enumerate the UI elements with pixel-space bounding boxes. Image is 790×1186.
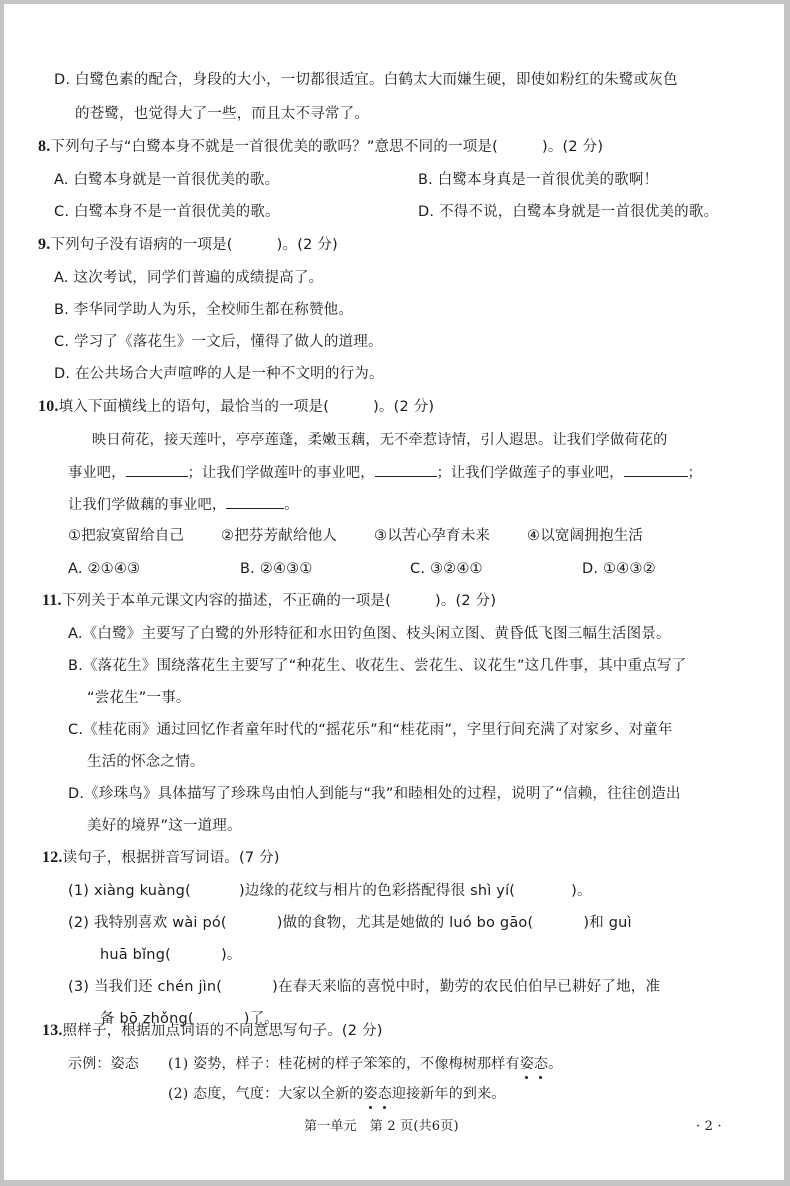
q10-fill-blank-4[interactable] — [226, 494, 284, 509]
q11-option-b-line1: B.《落花生》围绕落花生主要写了“种花生、收花生、尝花生、议花生”这几件事，其中… — [68, 656, 686, 676]
q10-number: 10. — [38, 398, 59, 415]
q12-number: 12. — [42, 849, 63, 866]
q10-phrase-4: ④以宽阔拥抱生活 — [527, 526, 643, 546]
q10-passage-line2: 事业吧，；让我们学做莲叶的事业吧，；让我们学做莲子的事业吧，； — [68, 462, 702, 483]
q10-option-b: B. ②④③① — [240, 559, 313, 579]
q10-option-d: D. ①④③② — [582, 559, 656, 579]
q11-option-c-line1: C.《桂花雨》通过回忆作者童年时代的“摇花乐”和“桂花雨”，字里行间充满了对家乡… — [68, 720, 673, 740]
q12-item-3-line1: (3) 当我们还 chén jìn()在春天来临的喜悦中时，勤劳的农民伯伯早已耕… — [68, 977, 660, 997]
emphasis-dot-char: 姿 — [363, 1084, 377, 1104]
q8-number: 8. — [38, 138, 50, 155]
q11-option-a: A.《白鹭》主要写了白鹭的外形特征和水田钓鱼图、枝头闲立图、黄昏低飞图三幅生活图… — [68, 624, 671, 644]
q7-option-d-line2: 的苍鹭，也觉得大了一些，而且太不寻常了。 — [75, 104, 369, 124]
q9-option-c: C. 学习了《落花生》一文后，懂得了做人的道理。 — [54, 332, 383, 352]
worksheet-page: D. 白鹭色素的配合，身段的大小，一切都很适宜。白鹤太大而嫌生硬，即使如粉红的朱… — [4, 4, 784, 1180]
q10-passage-line1: 映日荷花，接天莲叶，亭亭莲蓬，柔嫩玉藕，无不牵惹诗情，引人遐思。让我们学做荷花的 — [92, 430, 668, 450]
q11-option-b-line2: “尝花生”一事。 — [87, 688, 191, 708]
q8-stem: 8.下列句子与“白鹭本身不就是一首很优美的歌吗？”意思不同的一项是()。(2 分… — [38, 137, 603, 157]
q10-stem: 10.填入下面横线上的语句，最恰当的一项是()。(2 分) — [38, 397, 434, 417]
emphasis-dot-char: 态 — [378, 1084, 392, 1104]
q10-fill-blank-2[interactable] — [375, 462, 437, 477]
q12-item-1: (1) xiàng kuàng()边缘的花纹与相片的色彩搭配得很 shì yí(… — [68, 881, 592, 901]
q11-option-d-line2: 美好的境界”这一道理。 — [87, 816, 242, 836]
q13-number: 13. — [42, 1022, 63, 1039]
footer-page-info: 第一单元 第 2 页(共6页) — [304, 1117, 459, 1137]
q12-item-2-line2: huā bǐng()。 — [100, 945, 242, 965]
q9-option-a: A. 这次考试，同学们普遍的成绩提高了。 — [54, 268, 323, 288]
q12-item-2-line1: (2) 我特别喜欢 wài pó()做的食物，尤其是她做的 luó bo gāo… — [68, 913, 632, 933]
q10-passage-line3: 让我们学做藕的事业吧，。 — [68, 494, 299, 515]
q10-option-a: A. ②①④③ — [68, 559, 140, 579]
q8-option-b: B. 白鹭本身真是一首很优美的歌啊！ — [418, 170, 658, 190]
q13-example-label: 示例：姿态 — [68, 1054, 139, 1074]
q10-option-c: C. ③②④① — [410, 559, 483, 579]
footer-page-number: · 2 · — [696, 1117, 722, 1137]
q8-option-a: A. 白鹭本身就是一首很优美的歌。 — [54, 170, 279, 190]
q9-option-d: D. 在公共场合大声喧哗的人是一种不文明的行为。 — [54, 364, 384, 384]
q9-number: 9. — [38, 236, 50, 253]
q7-option-d-line1: D. 白鹭色素的配合，身段的大小，一切都很适宜。白鹤太大而嫌生硬，即使如粉红的朱… — [54, 70, 678, 90]
q13-example-2: (2) 态度，气度：大家以全新的姿态迎接新年的到来。 — [168, 1084, 506, 1104]
q11-option-d-line1: D.《珍珠鸟》具体描写了珍珠鸟由怕人到能与“我”和睦相处的过程，说明了“信赖，往… — [68, 784, 681, 804]
q8-option-d: D. 不得不说，白鹭本身就是一首很优美的歌。 — [418, 202, 718, 222]
q10-fill-blank-1[interactable] — [126, 462, 188, 477]
q9-option-b: B. 李华同学助人为乐，全校师生都在称赞他。 — [54, 300, 353, 320]
emphasis-dot-char: 态 — [534, 1054, 548, 1074]
q10-phrase-3: ③以苦心孕育未来 — [374, 526, 490, 546]
q13-example-1: (1) 姿势，样子：桂花树的样子笨笨的，不像梅树那样有姿态。 — [168, 1054, 562, 1074]
q12-stem: 12.读句子，根据拼音写词语。(7 分) — [42, 848, 280, 868]
q11-number: 11. — [42, 592, 62, 609]
q10-fill-blank-3[interactable] — [624, 462, 688, 477]
emphasis-dot-char: 姿 — [520, 1054, 534, 1074]
q10-phrase-1: ①把寂寞留给自己 — [68, 526, 184, 546]
q13-stem: 13.照样子，根据加点词语的不同意思写句子。(2 分) — [42, 1021, 383, 1041]
q8-option-c: C. 白鹭本身不是一首很优美的歌。 — [54, 202, 280, 222]
q11-option-c-line2: 生活的怀念之情。 — [87, 752, 205, 772]
q10-phrase-2: ②把芬芳献给他人 — [221, 526, 337, 546]
q9-stem: 9.下列句子没有语病的一项是()。(2 分) — [38, 235, 338, 255]
q11-stem: 11.下列关于本单元课文内容的描述，不正确的一项是()。(2 分) — [42, 591, 496, 611]
